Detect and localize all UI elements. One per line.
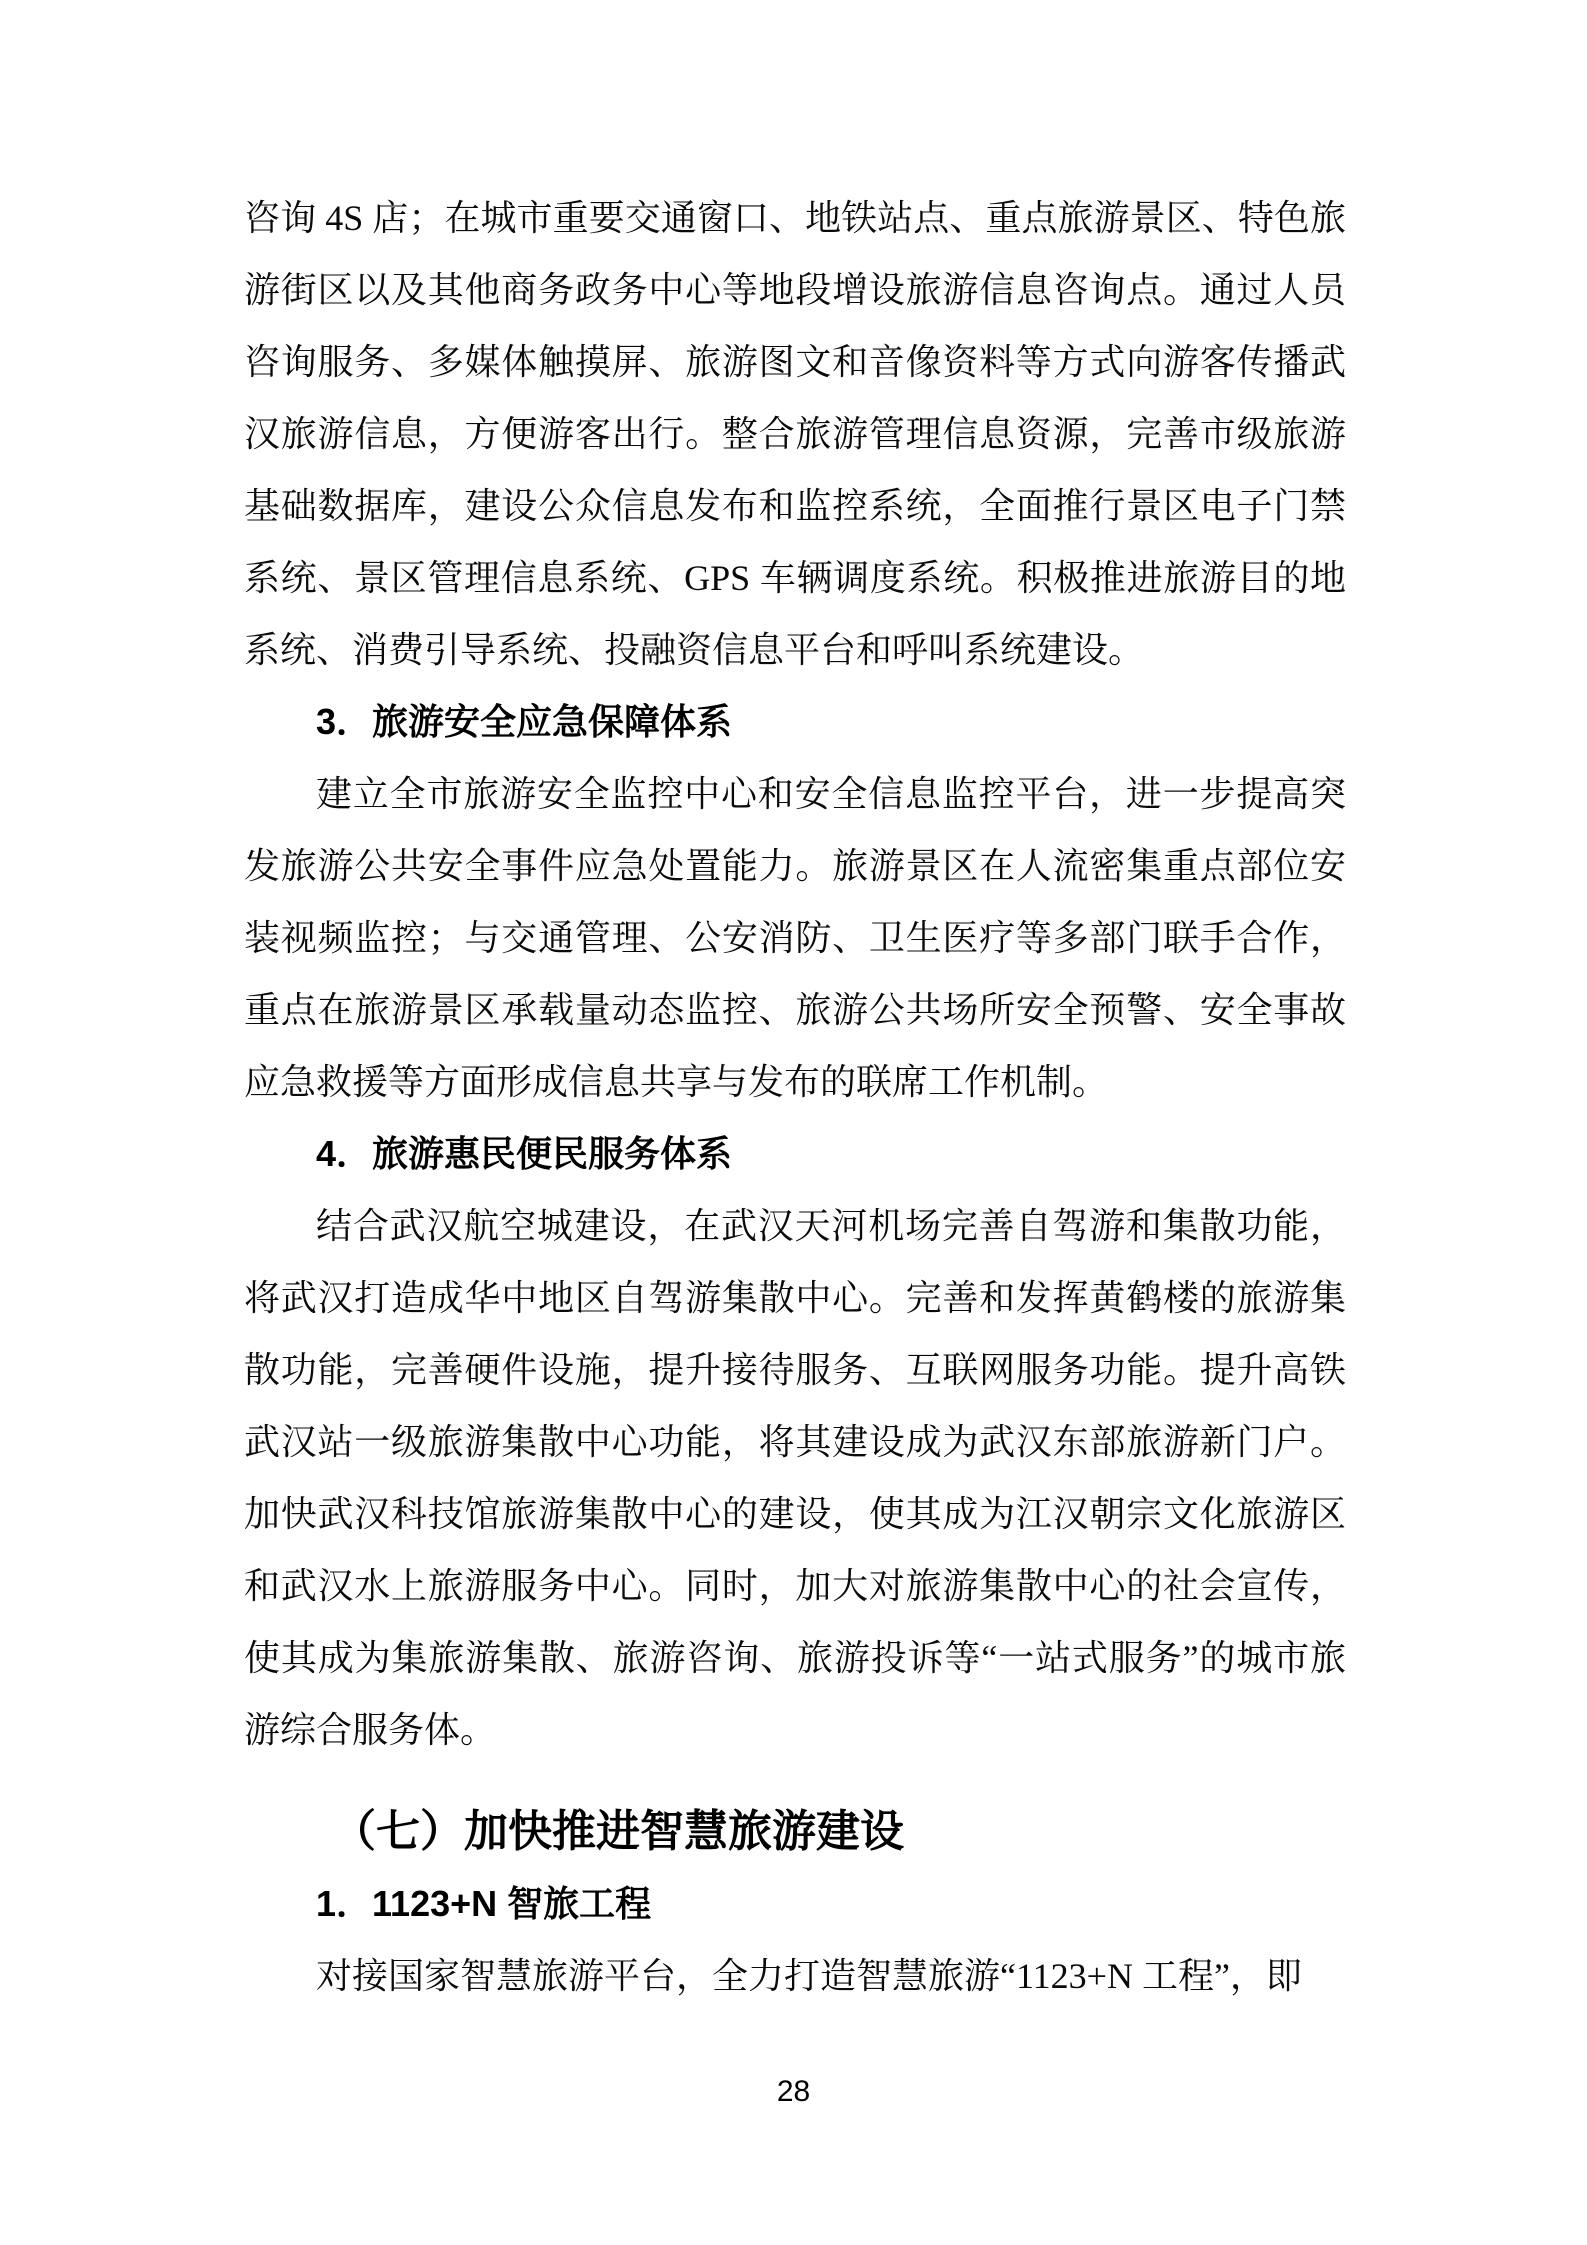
paragraph-1123n-smart-project: 对接国家智慧旅游平台，全力打造智慧旅游“1123+N 工程”，即 xyxy=(244,1940,1346,2012)
document-page: 咨询 4S 店；在城市重要交通窗口、地铁站点、重点旅游景区、特色旅游街区以及其他… xyxy=(0,0,1587,2245)
heading-safety-emergency-system: 3．旅游安全应急保障体系 xyxy=(244,686,1346,758)
heading-section-seven-smart-tourism: （七）加快推进智慧旅游建设 xyxy=(244,1796,1346,1868)
paragraph-info-consulting: 咨询 4S 店；在城市重要交通窗口、地铁站点、重点旅游景区、特色旅游街区以及其他… xyxy=(244,182,1346,686)
document-content: 咨询 4S 店；在城市重要交通窗口、地铁站点、重点旅游景区、特色旅游街区以及其他… xyxy=(244,182,1346,2012)
page-number: 28 xyxy=(0,2072,1587,2112)
heading-1123n-smart-project: 1．1123+N 智旅工程 xyxy=(244,1868,1346,1940)
heading-convenience-service-system: 4．旅游惠民便民服务体系 xyxy=(244,1118,1346,1190)
paragraph-convenience-service: 结合武汉航空城建设，在武汉天河机场完善自驾游和集散功能，将武汉打造成华中地区自驾… xyxy=(244,1190,1346,1766)
paragraph-safety-emergency: 建立全市旅游安全监控中心和安全信息监控平台，进一步提高突发旅游公共安全事件应急处… xyxy=(244,758,1346,1118)
